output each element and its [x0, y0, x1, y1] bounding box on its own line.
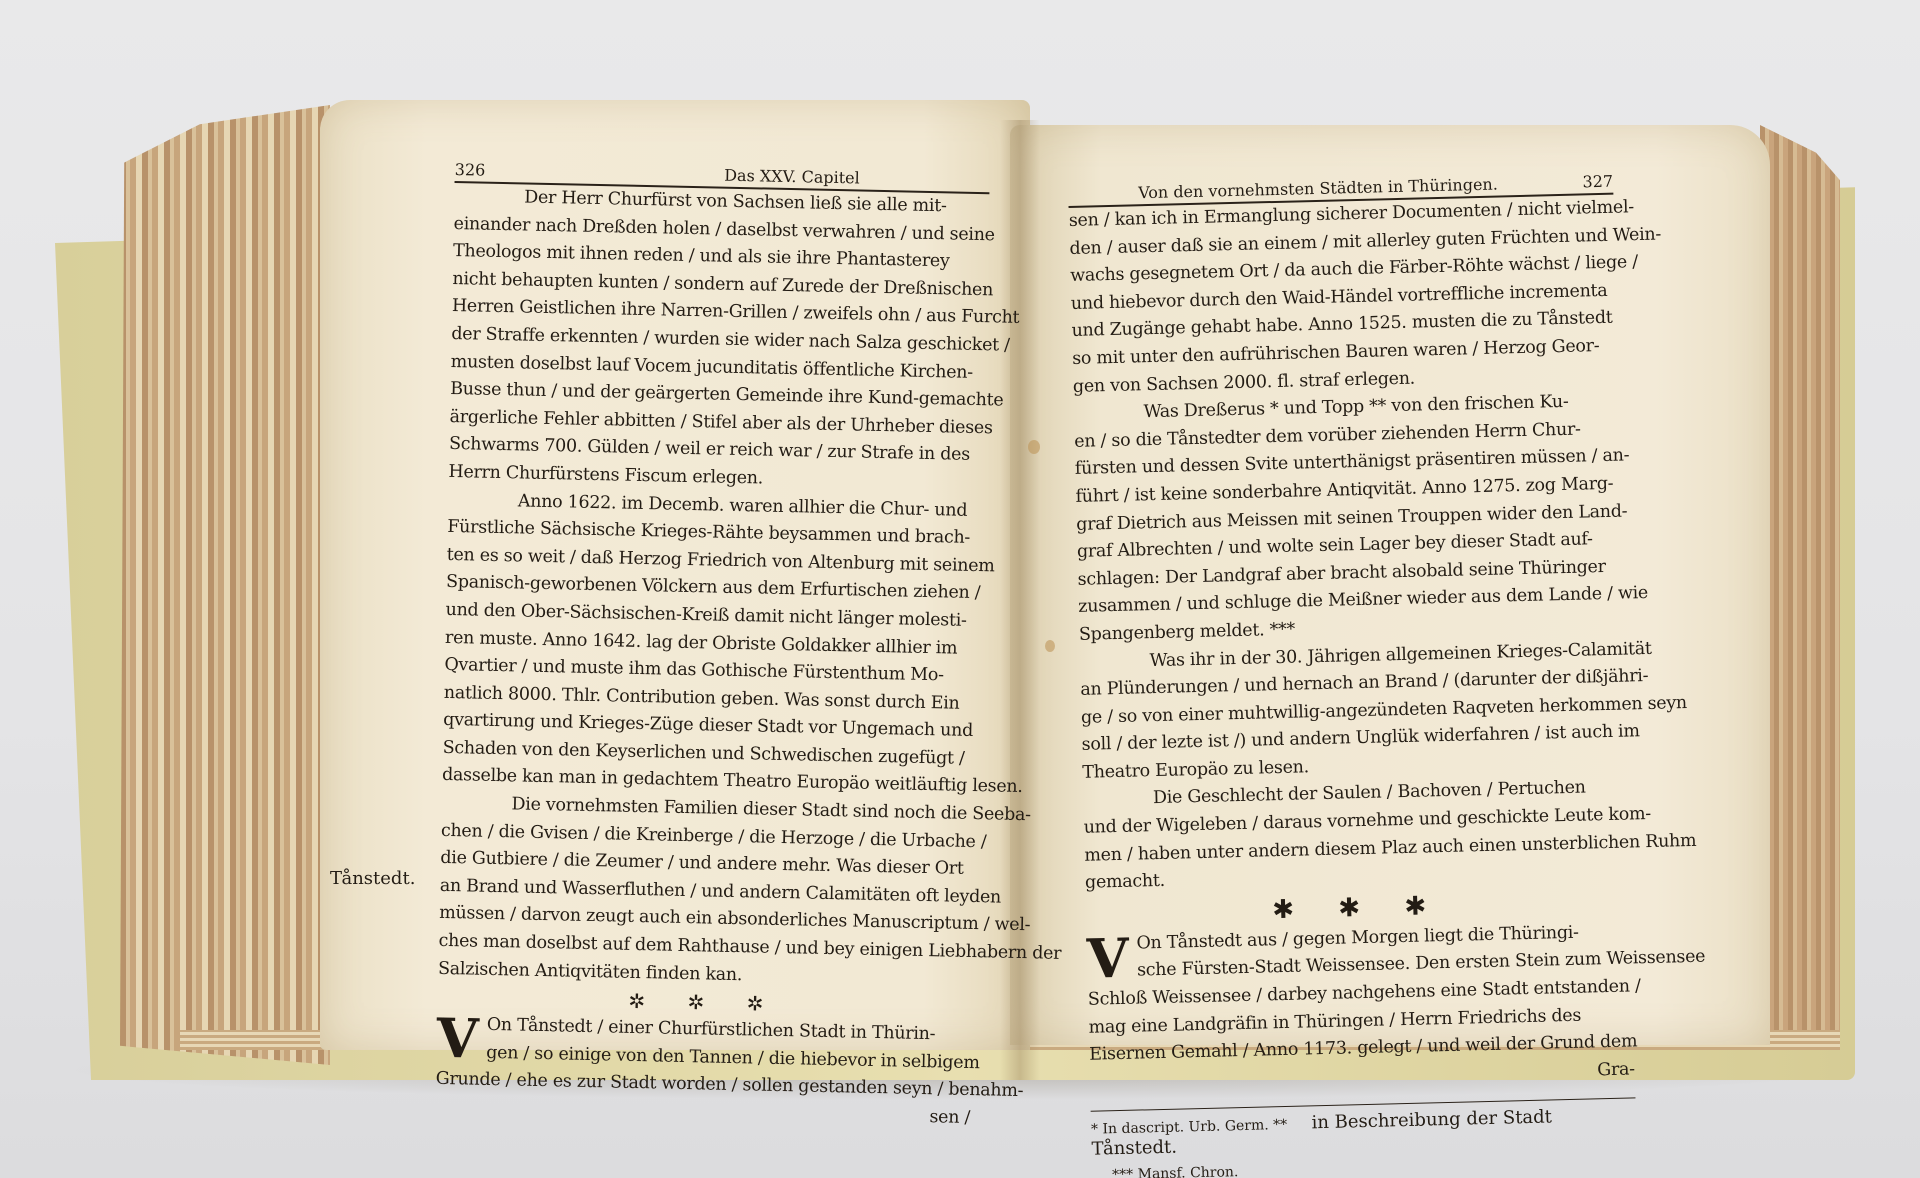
footnotes: * In dascript. Urb. Germ. ** in Beschrei… — [1091, 1098, 1638, 1178]
right-page-edges — [1760, 125, 1840, 1045]
foxing-spot — [1028, 440, 1040, 454]
left-page-edges — [120, 105, 330, 1065]
footnote-latin: * In dascript. Urb. Germ. ** — [1091, 1117, 1287, 1138]
drop-cap: V — [1086, 931, 1129, 986]
page-number: 326 — [455, 160, 486, 180]
margin-note: Tånstedt. — [330, 868, 415, 889]
footnote-line: * In dascript. Urb. Germ. ** in Beschrei… — [1091, 1105, 1637, 1160]
left-page-text: 326 Das XXV. Capitel Der Herr Churfürst … — [435, 160, 990, 1133]
right-page-text: Von den vornehmsten Städten in Thüringen… — [1068, 172, 1637, 1178]
section-weissensee: V On Tånstedt aus / gegen Morgen liegt d… — [1086, 918, 1635, 1097]
footnote-line: *** Mansf. Chron. — [1092, 1155, 1637, 1178]
running-head: Das XXV. Capitel — [724, 166, 860, 188]
section-tanstedt: V On Tånstedt / einer Churfürstlichen St… — [435, 1011, 972, 1133]
drop-cap: V — [436, 1011, 479, 1066]
book-gutter — [1000, 120, 1040, 1080]
page-number: 327 — [1582, 172, 1613, 192]
foxing-spot — [1045, 640, 1055, 652]
